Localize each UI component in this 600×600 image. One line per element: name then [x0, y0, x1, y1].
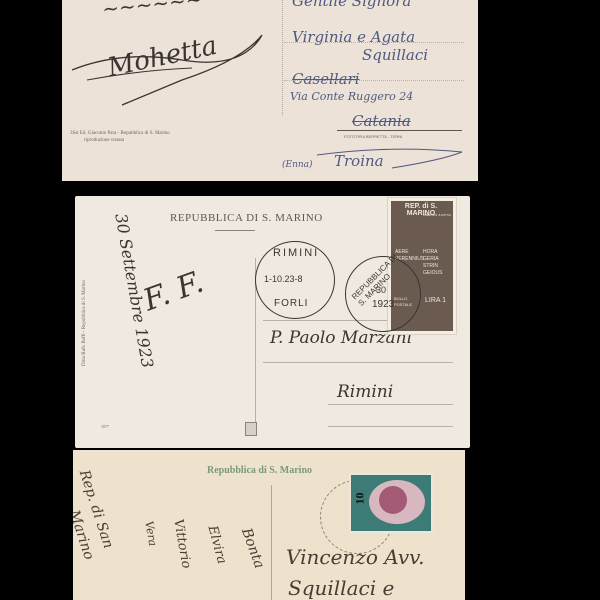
signature-flourish	[62, 20, 292, 110]
card-header: Repubblica di S. Marino	[207, 465, 312, 476]
address-line-5: Catania	[352, 112, 411, 130]
address-line-0: Gentile Signora	[292, 0, 411, 10]
divider-line	[282, 0, 283, 115]
postmark-san-marino: REPUBBLICA DI S. MARINO 30 1923	[345, 256, 421, 332]
scribble-top-left: ~~~~~~	[101, 0, 204, 21]
printer-mark-icon	[245, 422, 257, 436]
handwriting-elvira: Elvira	[205, 524, 230, 566]
address-line-1: Virginia e Agata	[292, 28, 415, 46]
address-line-1: Rimini	[337, 382, 393, 402]
divider-line	[271, 485, 272, 600]
handwritten-initials: F. F.	[139, 265, 208, 319]
postcard-bottom: Repubblica di S. Marino Rep. di San Mari…	[73, 450, 465, 600]
printer-imprint: 3Sst Ed. Giacomo Para - Repubblica di S.…	[70, 131, 170, 136]
printer-imprint-line2: riproduzione vietata	[84, 138, 124, 143]
province-note: (Enna)	[282, 160, 313, 170]
address-line-4: Via Conte Ruggero 24	[290, 90, 413, 103]
catalog-number: 1877	[101, 424, 109, 429]
postcard-top: ~~~~~~ Mohetta Gentile Signora Virginia …	[62, 0, 478, 181]
address-line-2: Squillaci	[362, 46, 428, 64]
handwriting-vera: Vera	[142, 520, 159, 547]
postcard-middle: REPUBBLICA DI S. MARINO Ditta Rufo Reffi…	[75, 196, 470, 448]
stamp-portrait	[379, 486, 407, 514]
handwriting-bonta: Bonta	[238, 526, 267, 571]
address-line-0: Vincenzo Avv.	[286, 545, 424, 569]
phototype-credit: FOTOTIPIA BERRETTA - TERNI	[344, 134, 402, 139]
address-line-1: Squillaci e	[288, 576, 394, 600]
postmark-rimini: RIMINI 1-10.23-8 FORLI	[255, 241, 335, 319]
address-line-6: Troina	[334, 152, 384, 170]
card-header: REPUBBLICA DI S. MARINO	[170, 212, 323, 224]
stamp-10: 10	[349, 473, 433, 533]
handwriting-vittorio: Vittorio	[170, 518, 193, 570]
side-imprint: Ditta Rufo Reffi - Repubblica di S. Mari…	[82, 280, 87, 366]
address-line-3: Casellari	[292, 70, 360, 88]
